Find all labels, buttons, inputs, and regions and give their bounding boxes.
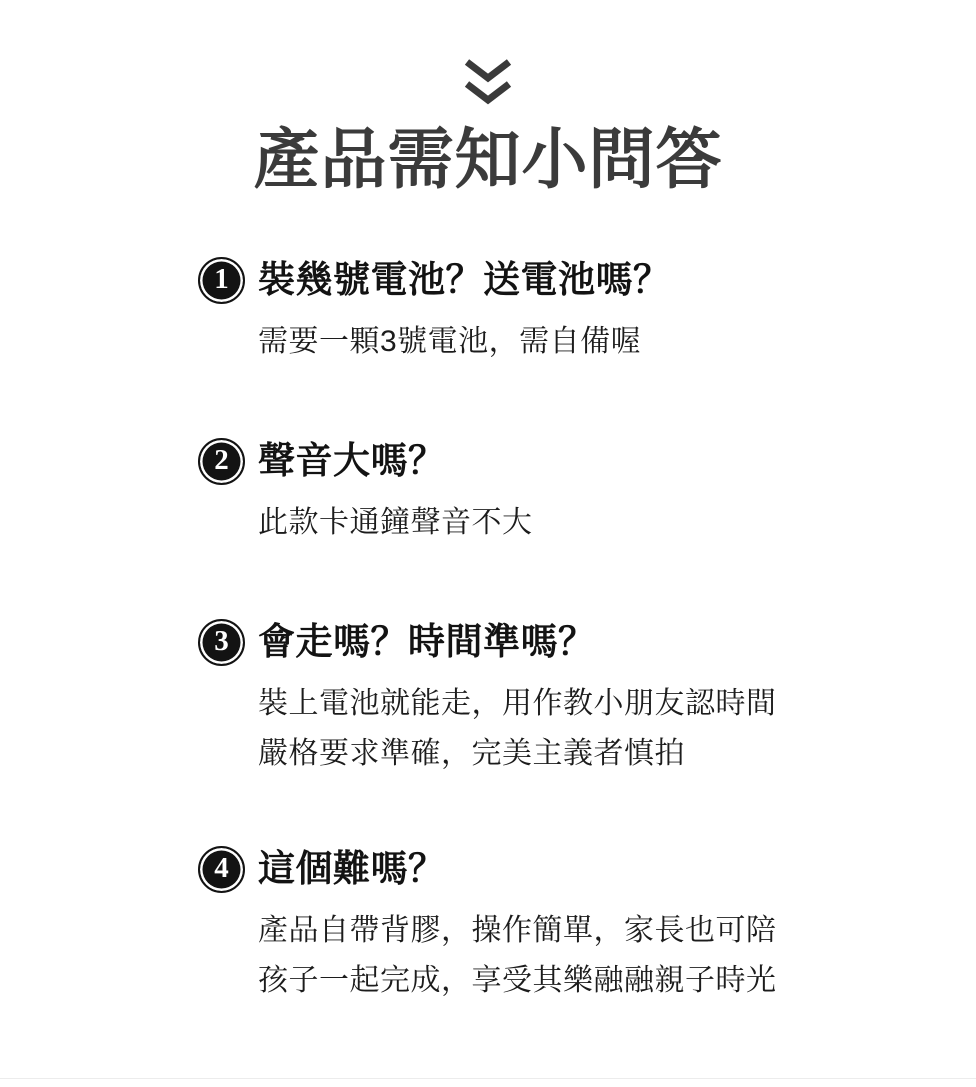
faq-answer: 產品自帶背膠，操作簡單，家長也可陪 孩子一起完成，享受其樂融融親子時光 bbox=[258, 906, 916, 1006]
faq-item-1: 1 裝幾號電池？送電池嗎？ 需要一顆3號電池，需自備喔 bbox=[198, 256, 916, 367]
circled-number-2-icon: 2 bbox=[198, 438, 245, 485]
faq-question: 裝幾號電池？送電池嗎？ bbox=[258, 256, 671, 304]
faq-answer: 裝上電池就能走，用作教小朋友認時間 嚴格要求準確，完美主義者慎拍 bbox=[258, 679, 916, 779]
faq-question-row: 1 裝幾號電池？送電池嗎？ bbox=[198, 256, 916, 304]
chevrons-down-icon bbox=[463, 58, 513, 108]
faq-question-row: 4 這個難嗎？ bbox=[198, 845, 916, 893]
faq-item-4: 4 這個難嗎？ 產品自帶背膠，操作簡單，家長也可陪 孩子一起完成，享受其樂融融親… bbox=[198, 845, 916, 1006]
badge-digit: 1 bbox=[214, 265, 229, 294]
faq-question-row: 2 聲音大嗎？ bbox=[198, 437, 916, 485]
circled-number-1-icon: 1 bbox=[198, 257, 245, 304]
circled-number-3-icon: 3 bbox=[198, 619, 245, 666]
page-title: 產品需知小問答 bbox=[0, 122, 976, 200]
section-divider bbox=[0, 1078, 976, 1079]
faq-item-2: 2 聲音大嗎？ 此款卡通鐘聲音不大 bbox=[198, 437, 916, 548]
faq-question-row: 3 會走嗎？時間準嗎？ bbox=[198, 618, 916, 666]
faq-question: 這個難嗎？ bbox=[258, 845, 446, 893]
faq-item-3: 3 會走嗎？時間準嗎？ 裝上電池就能走，用作教小朋友認時間 嚴格要求準確，完美主… bbox=[198, 618, 916, 779]
product-faq-page: 產品需知小問答 1 裝幾號電池？送電池嗎？ 需要一顆3號電池，需自備喔 2 聲音… bbox=[0, 0, 976, 1087]
faq-answer: 此款卡通鐘聲音不大 bbox=[258, 498, 916, 548]
circled-number-4-icon: 4 bbox=[198, 846, 245, 893]
badge-digit: 3 bbox=[214, 627, 229, 656]
badge-digit: 4 bbox=[214, 854, 229, 883]
answer-line: 此款卡通鐘聲音不大 bbox=[258, 498, 916, 548]
badge-digit: 2 bbox=[214, 446, 229, 475]
faq-question: 會走嗎？時間準嗎？ bbox=[258, 618, 596, 666]
faq-list: 1 裝幾號電池？送電池嗎？ 需要一顆3號電池，需自備喔 2 聲音大嗎？ 此款卡通… bbox=[0, 256, 976, 1006]
answer-line: 需要一顆3號電池，需自備喔 bbox=[258, 317, 916, 367]
header-icon-wrap bbox=[0, 0, 976, 108]
answer-line: 產品自帶背膠，操作簡單，家長也可陪 bbox=[258, 906, 916, 956]
faq-answer: 需要一顆3號電池，需自備喔 bbox=[258, 317, 916, 367]
answer-line: 孩子一起完成，享受其樂融融親子時光 bbox=[258, 956, 916, 1006]
faq-question: 聲音大嗎？ bbox=[258, 437, 446, 485]
answer-line: 裝上電池就能走，用作教小朋友認時間 bbox=[258, 679, 916, 729]
answer-line: 嚴格要求準確，完美主義者慎拍 bbox=[258, 729, 916, 779]
